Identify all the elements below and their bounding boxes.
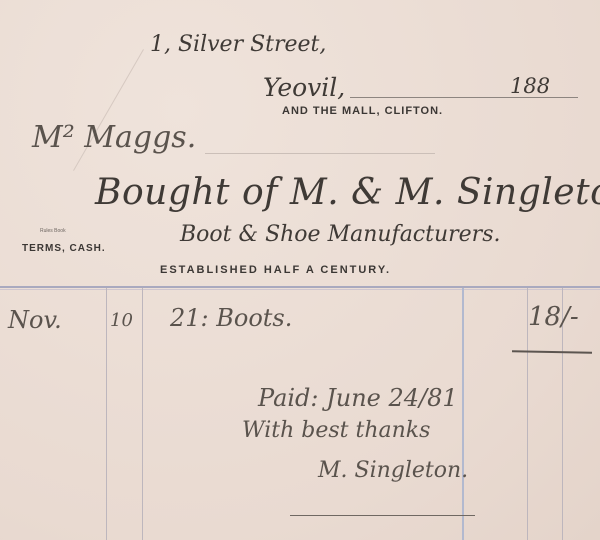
thanks-line: With best thanks: [242, 418, 430, 443]
merchant-trade: Boot & Shoe Manufacturers.: [180, 222, 500, 247]
payment-terms: TERMS, CASH.: [22, 243, 106, 254]
address-street: 1, Silver Street,: [150, 32, 326, 57]
small-print: Rules Book: [40, 228, 66, 234]
address-town: Yeovil,: [263, 73, 345, 102]
total-underline: [512, 350, 592, 353]
paid-date: Paid: June 24/81: [258, 384, 458, 412]
entry-description: 21: Boots.: [170, 304, 292, 332]
recipient-name: M² Maggs.: [32, 120, 196, 155]
year-prefix: 188: [510, 74, 550, 98]
ledger-top-rule: [0, 286, 600, 288]
recipient-underline: [205, 153, 435, 154]
branch-address: AND THE MALL, CLIFTON.: [282, 105, 443, 117]
entry-amount: 18/-: [528, 302, 579, 332]
entry-month: Nov.: [8, 306, 62, 334]
signature: M. Singleton.: [318, 458, 468, 483]
entry-day: 10: [110, 310, 133, 331]
column-divider-day: [142, 288, 143, 540]
ledger-top-rule-secondary: [0, 289, 600, 290]
column-divider-description: [462, 288, 464, 540]
established-tagline: ESTABLISHED HALF A CENTURY.: [160, 264, 391, 276]
merchant-name: Bought of M. & M. Singleton,: [95, 172, 600, 213]
signature-underline: [290, 515, 475, 516]
column-divider-month: [106, 288, 107, 540]
